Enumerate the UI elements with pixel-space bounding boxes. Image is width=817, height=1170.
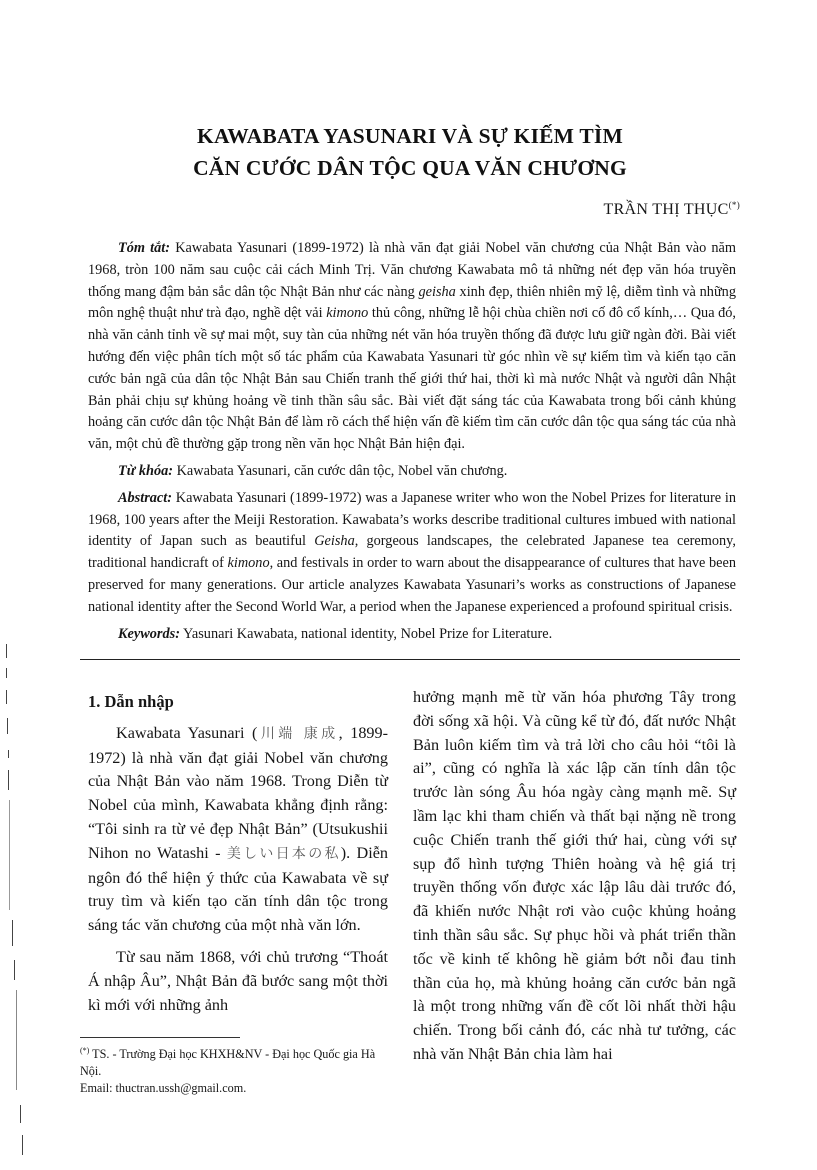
abstract-vi-label: Tóm tắt: <box>118 240 170 256</box>
abstract-vi-italic: geisha <box>418 284 455 300</box>
abstract-vi: Tóm tắt: Kawabata Yasunari (1899-1972) l… <box>88 238 736 456</box>
author-footnote-mark: (*) <box>729 200 740 210</box>
paragraph-text: Kawabata Yasunari ( <box>116 724 257 742</box>
keywords-en-text: Yasunari Kawabata, national identity, No… <box>180 626 552 642</box>
footnote-affiliation: (*) TS. - Trường Đại học KHXH&NV - Đại h… <box>80 1042 390 1080</box>
paragraph-continued: hưởng mạnh mẽ từ văn hóa phương Tây tron… <box>413 686 736 1067</box>
abstract-divider <box>80 659 740 660</box>
footnote-divider <box>80 1037 240 1038</box>
title-line-1: KAWABATA YASUNARI VÀ SỰ KIẾM TÌM <box>80 120 740 152</box>
section-heading: 1. Dẫn nhập <box>88 690 388 714</box>
keywords-vi: Từ khóa: Kawabata Yasunari, căn cước dân… <box>88 461 736 483</box>
footnote-email: Email: thuctran.ussh@gmail.com. <box>80 1080 390 1097</box>
abstract-en: Abstract: Kawabata Yasunari (1899-1972) … <box>88 488 736 619</box>
author-line: TRẦN THỊ THỤC(*) <box>604 200 741 219</box>
paragraph: Từ sau năm 1868, với chủ trương “Thoát Á… <box>88 946 388 1017</box>
abstract-en-italic: Geisha <box>314 533 355 549</box>
keywords-en: Keywords: Yasunari Kawabata, national id… <box>88 624 736 646</box>
abstract-vi-italic: kimono <box>326 305 368 321</box>
footnote: (*) TS. - Trường Đại học KHXH&NV - Đại h… <box>80 1042 390 1097</box>
keywords-vi-text: Kawabata Yasunari, căn cước dân tộc, Nob… <box>173 463 507 479</box>
paragraph: Kawabata Yasunari (川端 康成, 1899-1972) là … <box>88 722 388 938</box>
body-column-left: 1. Dẫn nhập Kawabata Yasunari (川端 康成, 18… <box>88 690 388 1025</box>
scan-edge-marks <box>0 640 30 1170</box>
keywords-vi-label: Từ khóa: <box>118 463 173 479</box>
article-title: KAWABATA YASUNARI VÀ SỰ KIẾM TÌM CĂN CƯỚ… <box>80 120 740 184</box>
japanese-name: 川端 康成 <box>257 726 338 742</box>
abstract-vi-text: thủ công, những lễ hội chùa chiền nơi cố… <box>88 305 736 452</box>
japanese-title: 美しい日本の私 <box>227 846 341 862</box>
footnote-text: TS. - Trường Đại học KHXH&NV - Đại học Q… <box>80 1047 375 1078</box>
abstract-block: Tóm tắt: Kawabata Yasunari (1899-1972) l… <box>88 238 736 650</box>
abstract-en-label: Abstract: <box>118 490 172 506</box>
author-name: TRẦN THỊ THỤC <box>604 201 729 218</box>
footnote-mark: (*) <box>80 1046 89 1055</box>
abstract-en-italic: kimono <box>228 555 270 571</box>
keywords-en-label: Keywords: <box>118 626 180 642</box>
paragraph-text: , 1899-1972) là nhà văn đạt giải Nobel v… <box>88 724 388 862</box>
title-line-2: CĂN CƯỚC DÂN TỘC QUA VĂN CHƯƠNG <box>80 152 740 184</box>
body-column-right: hưởng mạnh mẽ từ văn hóa phương Tây tron… <box>413 686 736 1075</box>
